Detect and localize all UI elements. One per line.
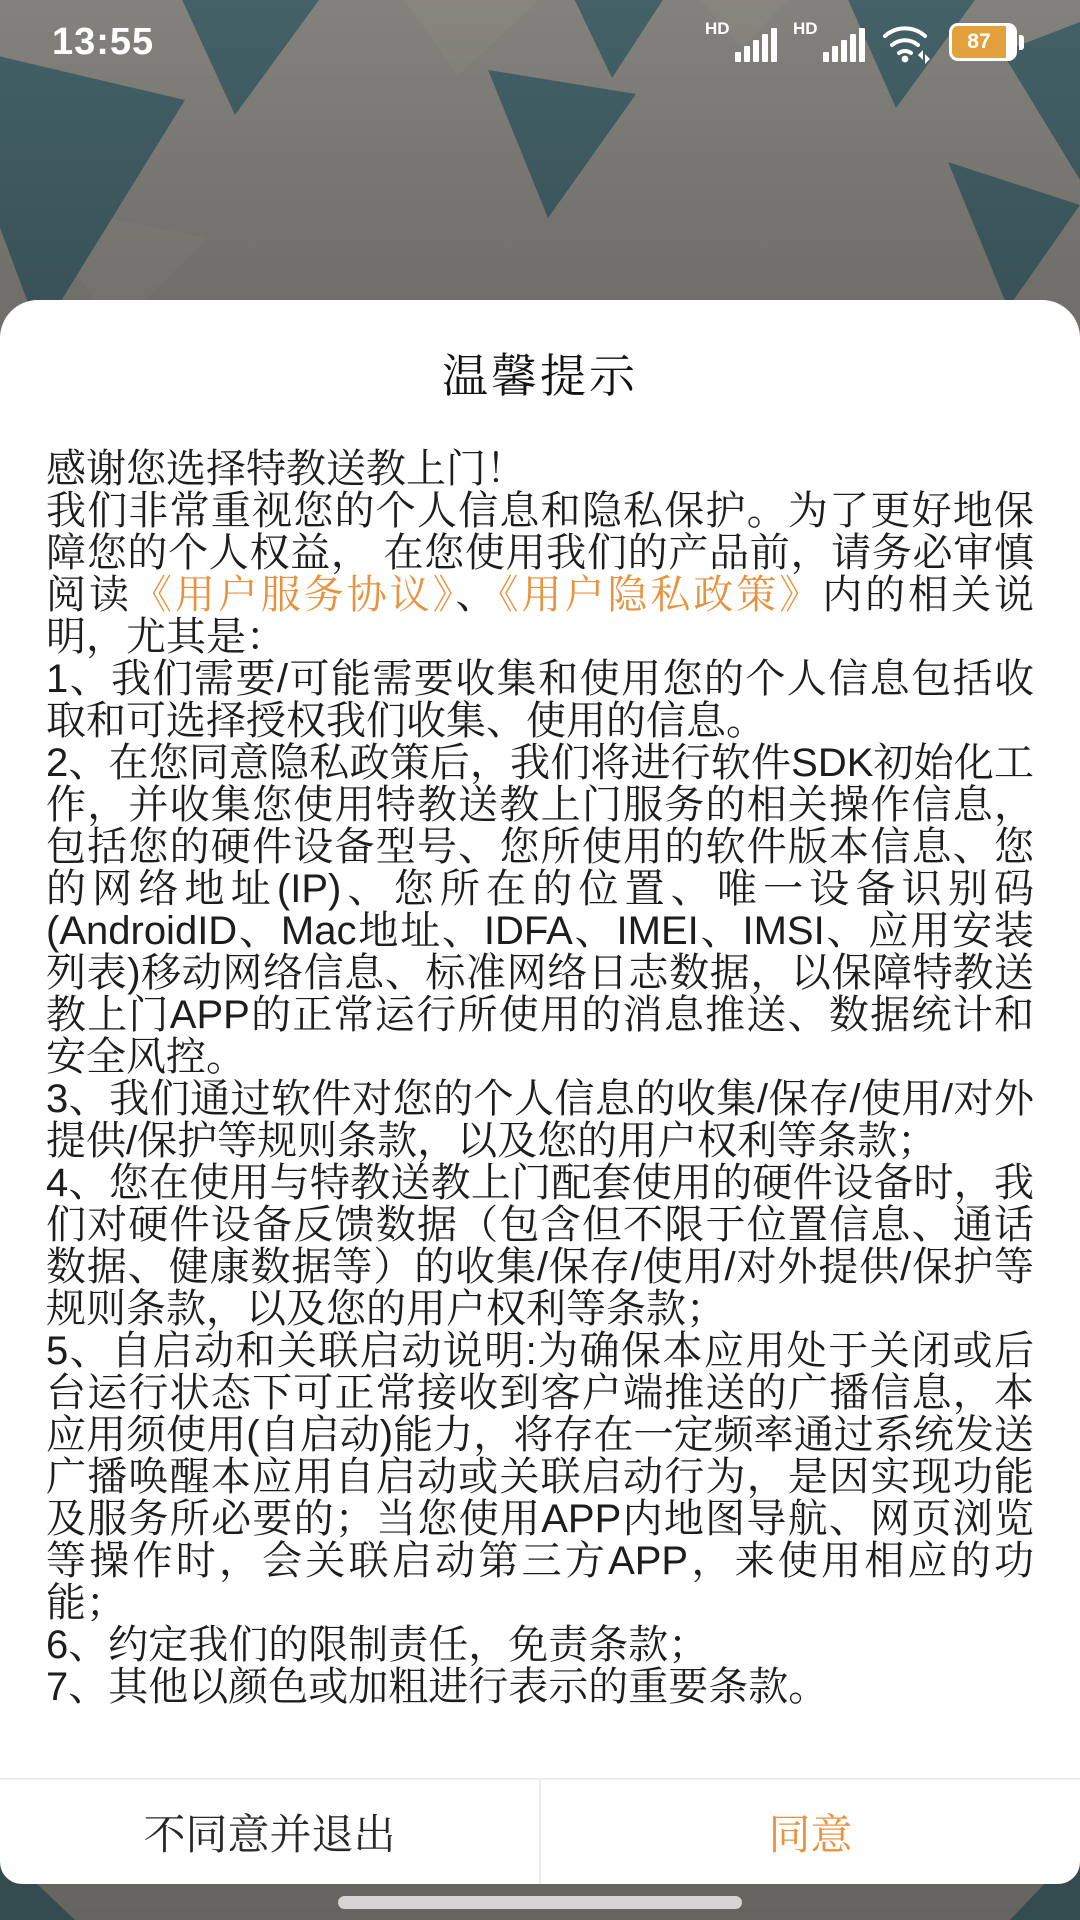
agree-button[interactable]: 同意 [541, 1780, 1080, 1884]
home-indicator[interactable] [338, 1896, 742, 1909]
privacy-policy-link[interactable]: 《用户隐私政策》 [499, 573, 823, 617]
clock: 13:55 [52, 21, 154, 64]
body-paragraph: 3、我们通过软件对您的个人信息的收集/保存/使用/对外提供/保护等规则条款，以及… [46, 1078, 1034, 1162]
body-paragraph: 7、其他以颜色或加粗进行表示的重要条款。 [46, 1666, 1034, 1708]
body-text: 5、自启动和关联启动说明:为确保本应用处于关闭或后台运行状态下可正常接收到客户端… [46, 1329, 1034, 1625]
dialog-title: 温馨提示 [0, 340, 1080, 406]
body-paragraph: 2、在您同意隐私政策后，我们将进行软件SDK初始化工作，并收集您使用特教送教上门… [46, 742, 1034, 1078]
signal-bars [735, 28, 777, 62]
body-paragraph: 感谢您选择特教送教上门！ [46, 448, 1034, 490]
battery-icon: 87 [949, 23, 1017, 61]
signal-strength-icon-sim1: HD [705, 20, 777, 64]
battery-nub [1019, 35, 1024, 50]
disagree-exit-button[interactable]: 不同意并退出 [0, 1780, 539, 1884]
battery-level: 87 [952, 26, 1006, 58]
dialog-footer: 不同意并退出 同意 [0, 1778, 1080, 1884]
body-text: 感谢您选择特教送教上门！ [46, 447, 526, 491]
body-text: 1、我们需要/可能需要收集和使用您的个人信息包括收取和可选择授权我们收集、使用的… [46, 657, 1034, 743]
hd-volte-badge: HD [705, 20, 730, 37]
status-icons: HD HD 87 [705, 20, 1024, 64]
signal-bars [823, 28, 865, 62]
body-text: 、 [456, 573, 499, 617]
body-paragraph: 4、您在使用与特教送教上门配套使用的硬件设备时，我们对硬件设备反馈数据（包含但不… [46, 1162, 1034, 1330]
body-text: 2、在您同意隐私政策后，我们将进行软件SDK初始化工作，并收集您使用特教送教上门… [46, 741, 1034, 1079]
user-agreement-link[interactable]: 《用户服务协议》 [132, 573, 456, 617]
body-paragraph: 5、自启动和关联启动说明:为确保本应用处于关闭或后台运行状态下可正常接收到客户端… [46, 1330, 1034, 1624]
status-bar: 13:55 HD HD [0, 14, 1080, 70]
body-paragraph: 我们非常重视您的个人信息和隐私保护。为了更好地保障您的个人权益， 在您使用我们的… [46, 490, 1034, 658]
battery-indicator: 87 [949, 23, 1024, 61]
body-text: 6、约定我们的限制责任，免责条款； [46, 1623, 708, 1667]
body-text: 3、我们通过软件对您的个人信息的收集/保存/使用/对外提供/保护等规则条款，以及… [46, 1077, 1034, 1163]
body-text: 4、您在使用与特教送教上门配套使用的硬件设备时，我们对硬件设备反馈数据（包含但不… [46, 1161, 1034, 1331]
body-paragraph: 6、约定我们的限制责任，免责条款； [46, 1624, 1034, 1666]
privacy-dialog: 温馨提示 感谢您选择特教送教上门！我们非常重视您的个人信息和隐私保护。为了更好地… [0, 300, 1080, 1884]
signal-strength-icon-sim2: HD [793, 20, 865, 64]
body-text: 7、其他以颜色或加粗进行表示的重要条款。 [46, 1665, 828, 1709]
body-paragraph: 1、我们需要/可能需要收集和使用您的个人信息包括收取和可选择授权我们收集、使用的… [46, 658, 1034, 742]
hd-volte-badge: HD [793, 20, 818, 37]
dialog-body: 感谢您选择特教送教上门！我们非常重视您的个人信息和隐私保护。为了更好地保障您的个… [0, 448, 1080, 1708]
wifi-icon [881, 20, 933, 64]
